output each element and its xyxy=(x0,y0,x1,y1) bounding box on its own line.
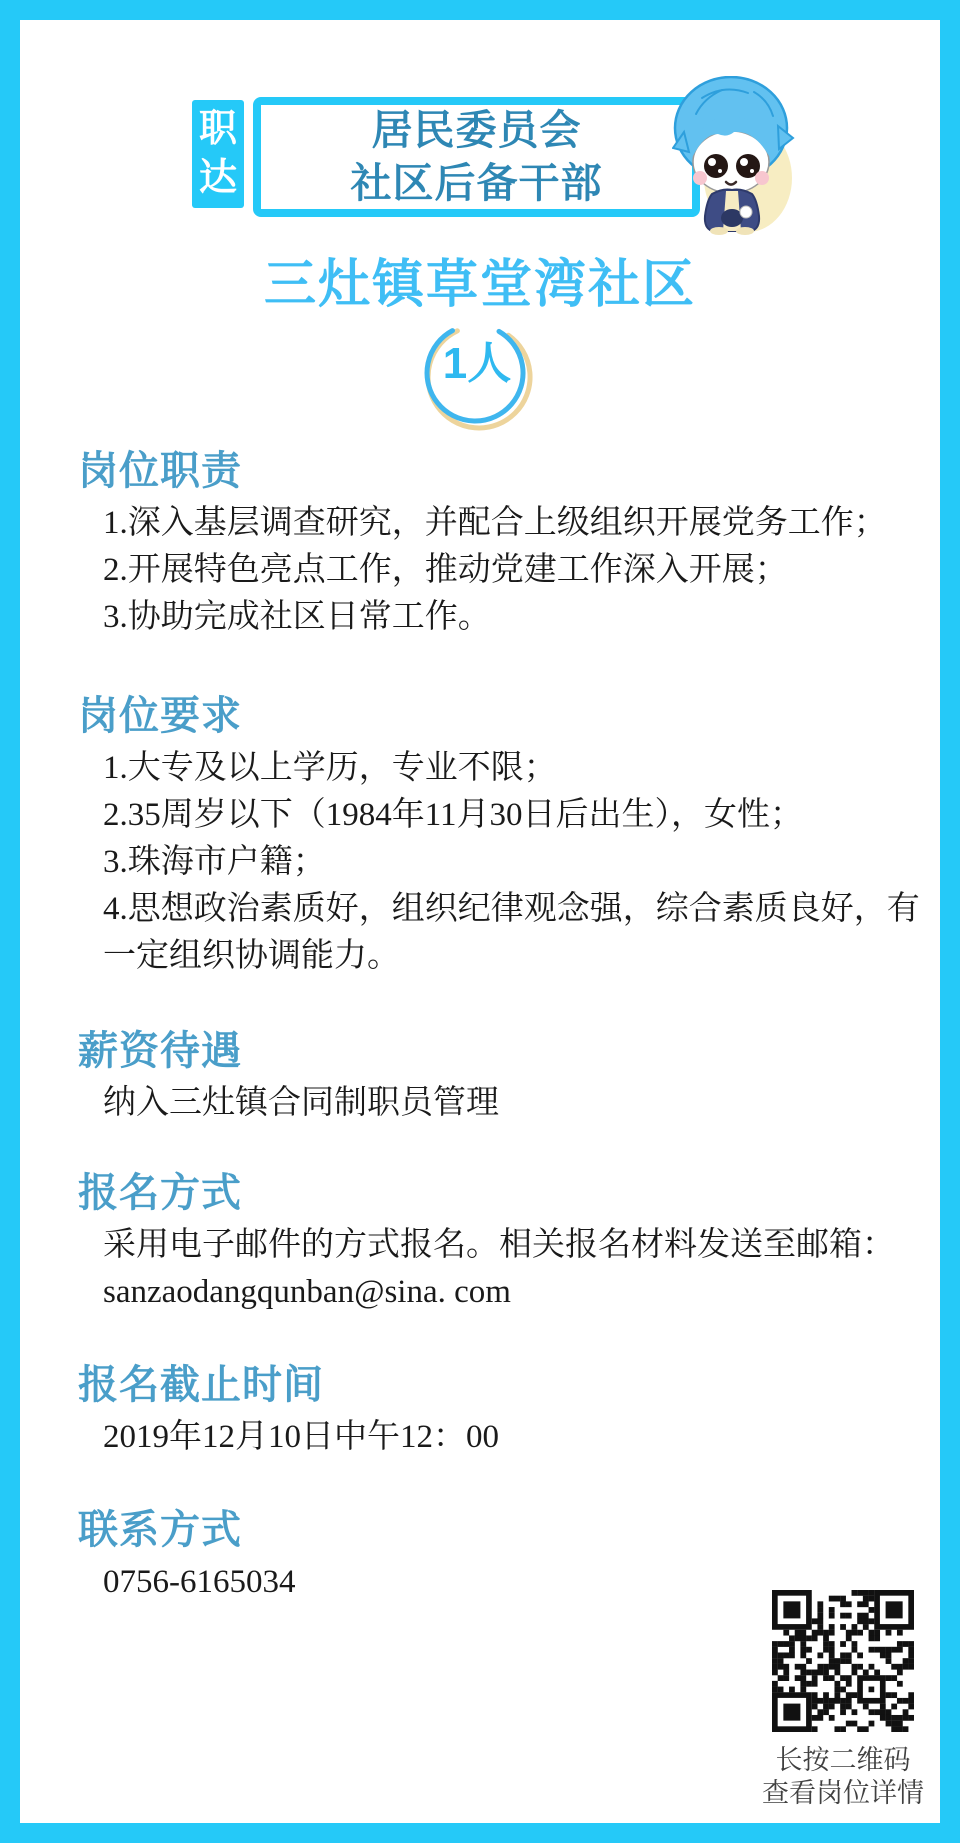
section-heading: 岗位职责 xyxy=(78,448,923,494)
job-title-line2: 社区后备干部 xyxy=(351,157,603,210)
qr-caption-line1: 长按二维码 xyxy=(758,1744,928,1777)
requirement-item: 2.35周岁以下（1984年11月30日后出生），女性； xyxy=(103,792,923,839)
email-address: sanzaodangqunban@sina. com xyxy=(103,1269,923,1316)
section-deadline: 报名截止时间 2019年12月10日中午12：00 xyxy=(78,1362,923,1461)
brand-badge: 职达 xyxy=(192,100,244,208)
headcount-ring: 1人 xyxy=(410,305,544,439)
section-heading: 薪资待遇 xyxy=(78,1028,923,1074)
application-method-text: 采用电子邮件的方式报名。相关报名材料发送至邮箱： xyxy=(103,1222,923,1269)
qr-caption-line2: 查看岗位详情 xyxy=(758,1777,928,1810)
section-heading: 报名方式 xyxy=(78,1170,923,1216)
salary-text: 纳入三灶镇合同制职员管理 xyxy=(103,1080,923,1127)
section-heading: 联系方式 xyxy=(78,1507,923,1553)
section-heading: 报名截止时间 xyxy=(78,1362,923,1408)
mascot-boy-icon xyxy=(672,76,796,236)
job-title: 居民委员会 社区后备干部 xyxy=(351,104,603,210)
qr-caption: 长按二维码 查看岗位详情 xyxy=(758,1744,928,1810)
duty-item: 1.深入基层调查研究，并配合上级组织开展党务工作； xyxy=(103,500,923,547)
job-poster: 职达 居民委员会 社区后备干部 xyxy=(0,0,960,1843)
requirement-item: 4.思想政治素质好，组织纪律观念强，综合素质良好，有一定组织协调能力。 xyxy=(103,886,923,980)
section-heading: 岗位要求 xyxy=(78,693,923,739)
requirement-item: 3.珠海市户籍； xyxy=(103,839,923,886)
section-salary: 薪资待遇 纳入三灶镇合同制职员管理 xyxy=(78,1028,923,1127)
headcount: 1人 xyxy=(410,327,544,391)
qr-block: 长按二维码 查看岗位详情 xyxy=(758,1590,928,1810)
requirement-item: 1.大专及以上学历，专业不限； xyxy=(103,745,923,792)
poster-content-area: 职达 居民委员会 社区后备干部 xyxy=(20,20,940,1823)
duty-item: 3.协助完成社区日常工作。 xyxy=(103,594,923,641)
section-job-duties: 岗位职责 1.深入基层调查研究，并配合上级组织开展党务工作； 2.开展特色亮点工… xyxy=(78,448,923,641)
section-job-requirements: 岗位要求 1.大专及以上学历，专业不限； 2.35周岁以下（1984年11月30… xyxy=(78,693,923,980)
qr-code[interactable] xyxy=(772,1590,914,1732)
deadline-text: 2019年12月10日中午12：00 xyxy=(103,1414,923,1461)
duty-item: 2.开展特色亮点工作，推动党建工作深入开展； xyxy=(103,547,923,594)
job-title-box: 居民委员会 社区后备干部 xyxy=(253,97,700,217)
section-application-method: 报名方式 采用电子邮件的方式报名。相关报名材料发送至邮箱： sanzaodang… xyxy=(78,1170,923,1316)
job-title-line1: 居民委员会 xyxy=(351,104,603,157)
